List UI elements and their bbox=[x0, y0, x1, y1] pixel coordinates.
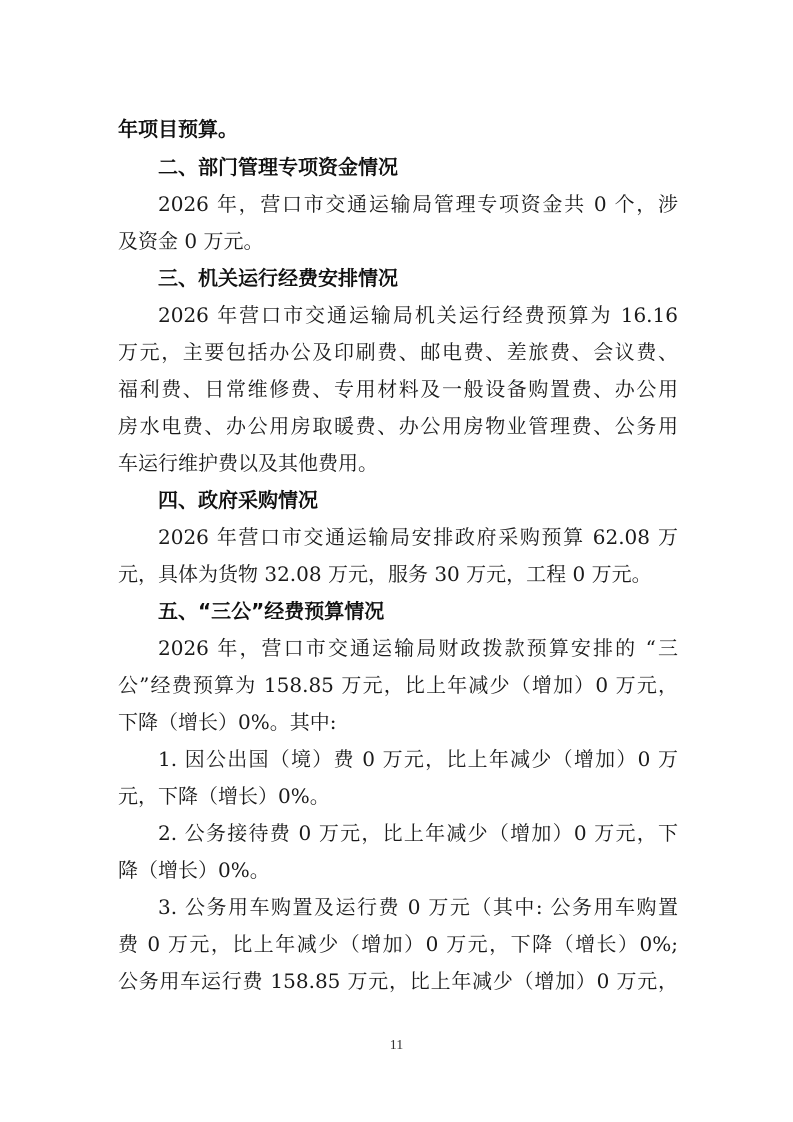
list-item-line: 元，下降（增长）0%。 bbox=[118, 781, 678, 811]
paragraph-line: 公”经费预算为 158.85 万元，比上年减少（增加）0 万元， bbox=[118, 670, 678, 700]
paragraph-line: 及资金 0 万元。 bbox=[118, 226, 678, 256]
paragraph-line: 2026 年营口市交通运输局安排政府采购预算 62.08 万 bbox=[158, 522, 678, 552]
list-item-line: 降（增长）0%。 bbox=[118, 855, 678, 885]
paragraph-line: 2026 年营口市交通运输局机关运行经费预算为 16.16 bbox=[158, 300, 678, 330]
page-number: 11 bbox=[0, 1038, 793, 1054]
paragraph-line: 元，具体为货物 32.08 万元，服务 30 万元，工程 0 万元。 bbox=[118, 559, 678, 589]
section-heading-special-funds: 二、部门管理专项资金情况 bbox=[158, 152, 398, 182]
paragraph-line: 车运行维护费以及其他费用。 bbox=[118, 448, 678, 478]
document-page: 年项目预算。 二、部门管理专项资金情况 2026 年，营口市交通运输局管理专项资… bbox=[0, 0, 793, 1122]
section-heading-three-public-expenses: 五、“三公”经费预算情况 bbox=[158, 596, 384, 626]
paragraph-line: 福利费、日常维修费、专用材料及一般设备购置费、办公用 bbox=[118, 374, 678, 404]
previous-section-ending: 年项目预算。 bbox=[118, 114, 238, 144]
list-item-line: 公务用车运行费 158.85 万元，比上年减少（增加）0 万元， bbox=[118, 966, 678, 996]
paragraph-line: 下降（增长）0%。其中: bbox=[118, 707, 678, 737]
paragraph-line: 房水电费、办公用房取暖费、办公用房物业管理费、公务用 bbox=[118, 411, 678, 441]
paragraph-line: 2026 年，营口市交通运输局管理专项资金共 0 个，涉 bbox=[158, 189, 678, 219]
paragraph-line: 2026 年，营口市交通运输局财政拨款预算安排的 “三 bbox=[158, 633, 678, 663]
list-item-line: 2. 公务接待费 0 万元，比上年减少（增加）0 万元，下 bbox=[158, 818, 678, 848]
list-item-line: 3. 公务用车购置及运行费 0 万元（其中: 公务用车购置 bbox=[158, 892, 678, 922]
list-item-line: 费 0 万元，比上年减少（增加）0 万元，下降（增长）0%; bbox=[118, 929, 678, 959]
list-item-line: 1. 因公出国（境）费 0 万元，比上年减少（增加）0 万 bbox=[158, 744, 678, 774]
paragraph-line: 万元，主要包括办公及印刷费、邮电费、差旅费、会议费、 bbox=[118, 337, 678, 367]
section-heading-procurement: 四、政府采购情况 bbox=[158, 485, 318, 515]
section-heading-operating-costs: 三、机关运行经费安排情况 bbox=[158, 263, 398, 293]
